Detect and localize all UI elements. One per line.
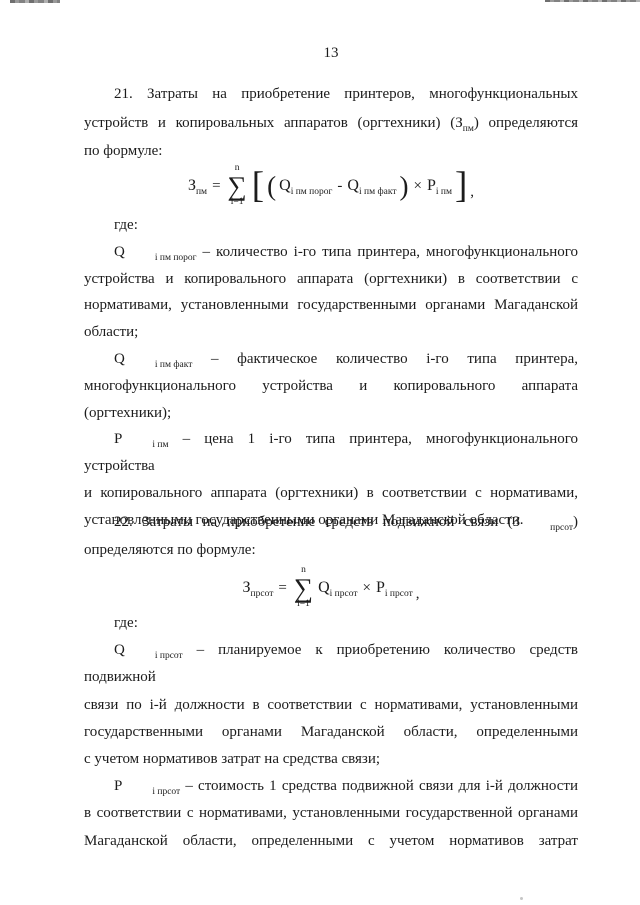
- scan-artifact-top-left: [10, 0, 60, 3]
- text-line: с учетом нормативов затрат на средства с…: [84, 746, 578, 773]
- text-line: Qi прсот – планируемое к приобретению ко…: [84, 637, 578, 691]
- comma: ,: [470, 184, 474, 201]
- text-line: определяются по формуле:: [84, 536, 578, 564]
- text-line: нормативами, установленными государствен…: [84, 292, 578, 319]
- multiply-sign: ×: [361, 580, 373, 597]
- term-q-porog: Qi пм порог: [279, 178, 332, 194]
- open-paren: (: [267, 174, 276, 198]
- text-line: Pi прсот – стоимость 1 средства подвижно…: [84, 773, 578, 800]
- equals-sign: =: [276, 580, 288, 597]
- where-label: где:: [84, 610, 578, 637]
- text-line: Qi пм порог – количество i-го типа принт…: [84, 239, 578, 266]
- text-line: области;: [84, 319, 578, 346]
- page-number: 13: [84, 45, 578, 62]
- close-paren: ): [399, 174, 408, 198]
- open-bracket: [: [252, 171, 264, 201]
- text-line: (оргтехники);: [84, 400, 578, 427]
- comma: ,: [416, 586, 420, 603]
- equals-sign: =: [210, 178, 222, 195]
- term-q-prsot: Qi прсот: [318, 580, 357, 596]
- text-line: Магаданской области, определенными с уче…: [84, 828, 578, 855]
- text-line: 22. Затраты на приобретение средств подв…: [84, 508, 578, 536]
- text-line: связи по i-й должности в соответствии с …: [84, 692, 578, 719]
- minus-sign: -: [335, 178, 344, 195]
- formula-lhs: Зпрсот: [243, 580, 274, 596]
- text-line: многофункционального устройства и копиро…: [84, 373, 578, 400]
- summation-symbol: n ∑ i=1: [292, 566, 315, 610]
- formula-printer-costs: Зпм = n ∑ i=1 [ ( Qi пм порог - Qi пм фа…: [84, 161, 578, 211]
- text-line: устройств и копировальных аппаратов (орг…: [84, 109, 578, 138]
- definitions-formula-1: где: Qi пм порог – количество i-го типа …: [84, 212, 578, 534]
- paragraph-21: 21. Затраты на приобретение принтеров, м…: [84, 80, 578, 166]
- formula-mobile-costs: Зпрсот = n ∑ i=1 Qi прсот × Pi прсот ,: [84, 566, 578, 610]
- text-line: Pi пм – цена 1 i-го типа принтера, много…: [84, 426, 578, 480]
- document-page: 13 21. Затраты на приобретение принтеров…: [0, 0, 640, 905]
- formula-lhs: Зпм: [188, 178, 207, 194]
- term-p-prsot: Pi прсот: [376, 580, 413, 596]
- text-line: устройства и копировального аппарата (ор…: [84, 266, 578, 293]
- text-line: 21. Затраты на приобретение принтеров, м…: [84, 80, 578, 109]
- definitions-formula-2: где: Qi прсот – планируемое к приобретен…: [84, 610, 578, 855]
- text-line: государственными органами Магаданской об…: [84, 719, 578, 746]
- term-p-pm: Pi пм: [427, 178, 452, 194]
- scan-speck: [520, 897, 523, 900]
- where-label: где:: [84, 212, 578, 239]
- paragraph-22: 22. Затраты на приобретение средств подв…: [84, 508, 578, 564]
- term-q-fact: Qi пм факт: [347, 178, 396, 194]
- summation-symbol: n ∑ i=1: [226, 164, 249, 208]
- text-line: Qi пм факт – фактическое количество i-го…: [84, 346, 578, 373]
- scan-artifact-top-right: [545, 0, 640, 2]
- text-line: и копировального аппарата (оргтехники) в…: [84, 480, 578, 507]
- text-line: в соответствии с нормативами, установлен…: [84, 800, 578, 827]
- multiply-sign: ×: [411, 178, 423, 195]
- close-bracket: ]: [455, 171, 467, 201]
